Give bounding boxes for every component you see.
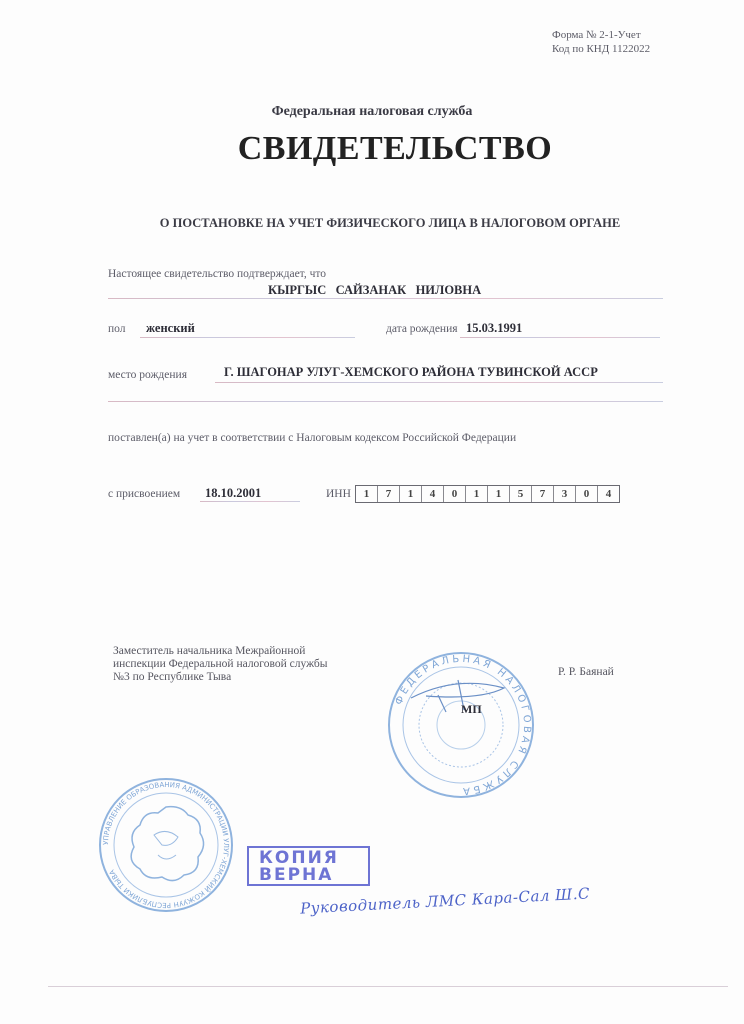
inn-digit: 1 <box>400 486 422 502</box>
inn-digit: 1 <box>488 486 510 502</box>
confirms-label: Настоящее свидетельство подтверждает, чт… <box>108 268 326 280</box>
registered-text: поставлен(а) на учет в соответствии с На… <box>108 432 516 444</box>
signer-name: Р. Р. Баянай <box>558 666 614 678</box>
sex-underline <box>140 337 355 338</box>
inn-digit: 4 <box>598 486 619 502</box>
dob-label: дата рождения <box>386 323 458 335</box>
sex-value: женский <box>146 321 195 336</box>
dob-underline <box>460 337 660 338</box>
agency-name: Федеральная налоговая служба <box>0 104 744 120</box>
knd-code: Код по КНД 1122022 <box>552 42 650 56</box>
inn-digit: 0 <box>444 486 466 502</box>
inn-digit: 5 <box>510 486 532 502</box>
birthplace-underline <box>215 382 663 383</box>
birthplace-underline-2 <box>108 401 663 402</box>
official-line-1: Заместитель начальника Межрайонной <box>113 645 327 658</box>
seal-mark: МП <box>461 702 482 717</box>
inn-digit: 7 <box>532 486 554 502</box>
inn-digit: 7 <box>378 486 400 502</box>
inn-digit: 1 <box>356 486 378 502</box>
inn-digit: 1 <box>466 486 488 502</box>
full-name: КЫРГЫС САЙЗАНАК НИЛОВНА <box>268 283 481 298</box>
assigned-date: 18.10.2001 <box>205 486 261 501</box>
official-title: Заместитель начальника Межрайонной инспе… <box>113 645 327 684</box>
inn-digit: 4 <box>422 486 444 502</box>
paper-edge <box>48 982 728 987</box>
form-code: Форма № 2-1-Учет Код по КНД 1122022 <box>552 28 650 56</box>
tax-service-seal-icon: ФЕДЕРАЛЬНАЯ НАЛОГОВАЯ СЛУЖБА <box>386 650 536 800</box>
copy-certified-stamp: КОПИЯ ВЕРНА <box>247 846 370 886</box>
assigned-label: с присвоением <box>108 488 180 500</box>
sex-label: пол <box>108 323 126 335</box>
inn-digit: 0 <box>576 486 598 502</box>
document-subtitle: О ПОСТАНОВКЕ НА УЧЕТ ФИЗИЧЕСКОГО ЛИЦА В … <box>0 216 744 231</box>
handwritten-certification: Руководитель ЛМС Кара-Сал Ш.С <box>300 884 591 917</box>
official-line-3: №3 по Республике Тыва <box>113 671 327 684</box>
inn-digit: 3 <box>554 486 576 502</box>
inn-label: ИНН <box>326 488 351 500</box>
education-dept-stamp-icon: УПРАВЛЕНИЕ ОБРАЗОВАНИЯ АДМИНИСТРАЦИИ УЛУ… <box>96 775 236 915</box>
assigned-underline <box>200 501 300 502</box>
birthplace-value: Г. ШАГОНАР УЛУГ-ХЕМСКОГО РАЙОНА ТУВИНСКО… <box>224 365 598 380</box>
birthplace-label: место рождения <box>108 369 187 381</box>
dob-value: 15.03.1991 <box>466 321 522 336</box>
name-underline <box>108 298 663 299</box>
document-title: СВИДЕТЕЛЬСТВО <box>0 130 744 168</box>
svg-text:ФЕДЕРАЛЬНАЯ НАЛОГОВАЯ СЛУЖБА: ФЕДЕРАЛЬНАЯ НАЛОГОВАЯ СЛУЖБА <box>393 654 532 796</box>
form-number: Форма № 2-1-Учет <box>552 28 650 42</box>
copy-stamp-line-2: ВЕРНА <box>259 867 368 884</box>
official-line-2: инспекции Федеральной налоговой службы <box>113 658 327 671</box>
inn-boxes: 171401157304 <box>355 485 620 503</box>
